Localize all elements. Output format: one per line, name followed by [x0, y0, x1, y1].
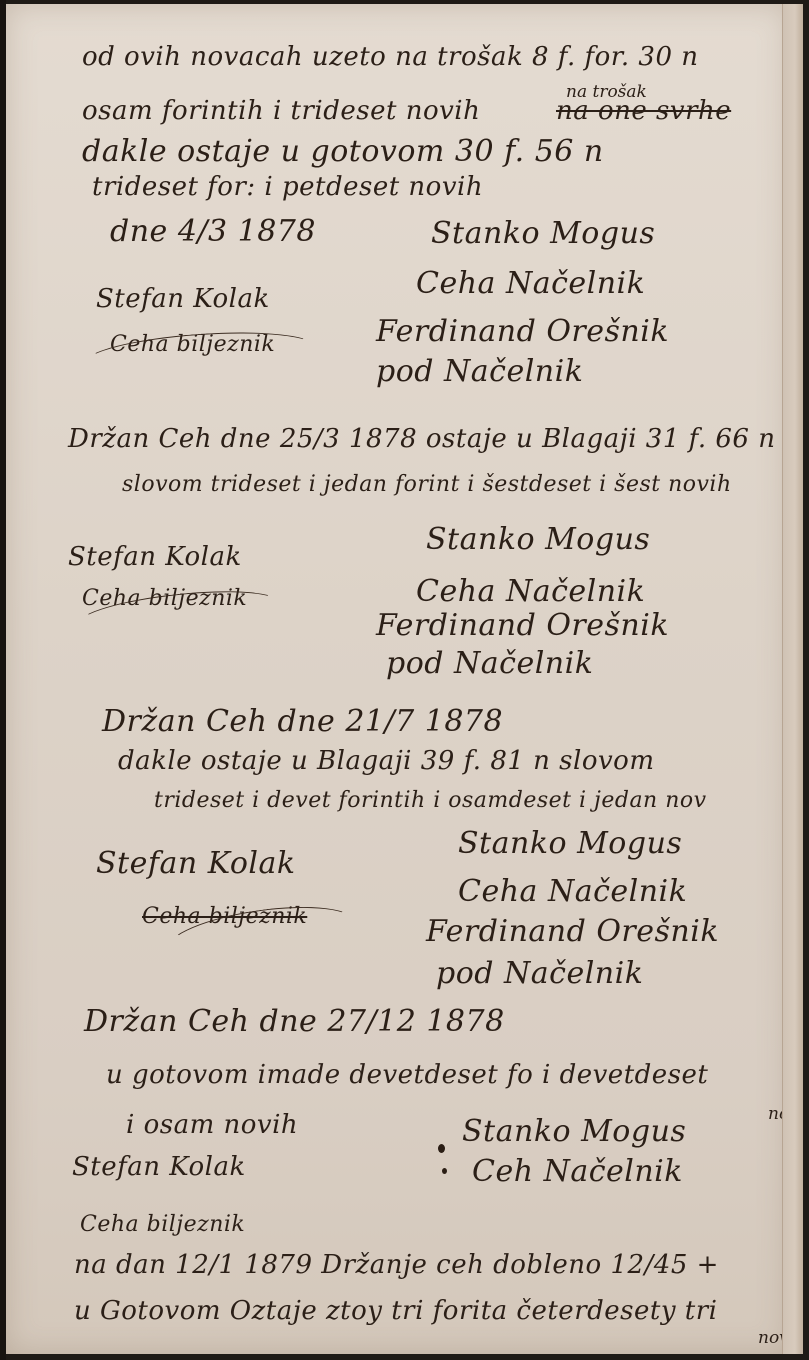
entry-2-line-2: slovom trideset i jedan forint i šestdes…	[122, 472, 732, 497]
entry-1-sig-right-2-name: Ferdinand Orešnik	[376, 314, 669, 349]
entry-4-line-2: u gotovom imade devetdeset fo i devetdes…	[106, 1060, 708, 1090]
entry-4-sig-right-1-title: Ceh Načelnik	[472, 1154, 683, 1189]
entry-1-sig-right-1-name: Stanko Mogus	[431, 216, 655, 251]
entry-1-line-2: osam forintih i trideset novih	[82, 96, 480, 126]
entry-3-line-1: Držan Ceh dne 21/7 1878	[102, 704, 503, 739]
entry-1-line-1: od ovih novacah uzeto na trošak 8 f. for…	[82, 42, 699, 72]
entry-4-line-1: Držan Ceh dne 27/12 1878	[84, 1004, 505, 1039]
ink-blot	[438, 1144, 445, 1153]
page-edge	[782, 4, 803, 1354]
entry-3-sig-left-name: Stefan Kolak	[96, 846, 296, 881]
entry-1-sig-left-name: Stefan Kolak	[96, 284, 270, 314]
ledger-page: od ovih novacah uzeto na trošak 8 f. for…	[6, 4, 788, 1354]
entry-2-sig-right-1-name: Stanko Mogus	[426, 522, 650, 557]
entry-1-line-4: trideset for: i petdeset novih	[92, 172, 483, 202]
entry-3-sig-right-1-name: Stanko Mogus	[458, 826, 682, 861]
entry-4-line-3: i osam novih	[126, 1110, 298, 1140]
entry-4-sig-right-1-name: Stanko Mogus	[462, 1114, 686, 1149]
entry-1-sig-right-2-title: pod Načelnik	[376, 354, 583, 389]
entry-1-sig-right-1-title: Ceha Načelnik	[416, 266, 645, 301]
entry-1-date: dne 4/3 1878	[110, 214, 316, 249]
entry-2-sig-left-name: Stefan Kolak	[68, 542, 242, 572]
entry-4-sig-left-title: Ceha biljeznik	[80, 1212, 245, 1237]
entry-5-line-2: u Gotovom Oztaje ztoy tri forita četerde…	[74, 1296, 717, 1326]
entry-1-line-3: dakle ostaje u gotovom 30 f. 56 n	[82, 134, 604, 169]
entry-4-sig-left-name: Stefan Kolak	[72, 1152, 246, 1182]
entry-2-line-1: Držan Ceh dne 25/3 1878 ostaje u Blagaji…	[68, 424, 775, 454]
entry-3-line-3: trideset i devet forintih i osamdeset i …	[154, 788, 707, 813]
entry-2-sig-right-1-title: Ceha Načelnik	[416, 574, 645, 609]
entry-2-sig-right-2-name: Ferdinand Orešnik	[376, 608, 669, 643]
entry-1-struck-text: na one svrhe	[556, 96, 731, 126]
entry-5-line-1: na dan 12/1 1879 Držanje ceh dobleno 12/…	[74, 1250, 719, 1280]
entry-2-sig-right-2-title: pod Načelnik	[386, 646, 593, 681]
entry-3-sig-right-1-title: Ceha Načelnik	[458, 874, 687, 909]
entry-3-sig-right-2-name: Ferdinand Orešnik	[426, 914, 719, 949]
entry-3-sig-right-2-title: pod Načelnik	[436, 956, 643, 991]
entry-3-line-2: dakle ostaje u Blagaji 39 f. 81 n slovom	[118, 746, 654, 776]
ink-blot	[442, 1168, 447, 1174]
